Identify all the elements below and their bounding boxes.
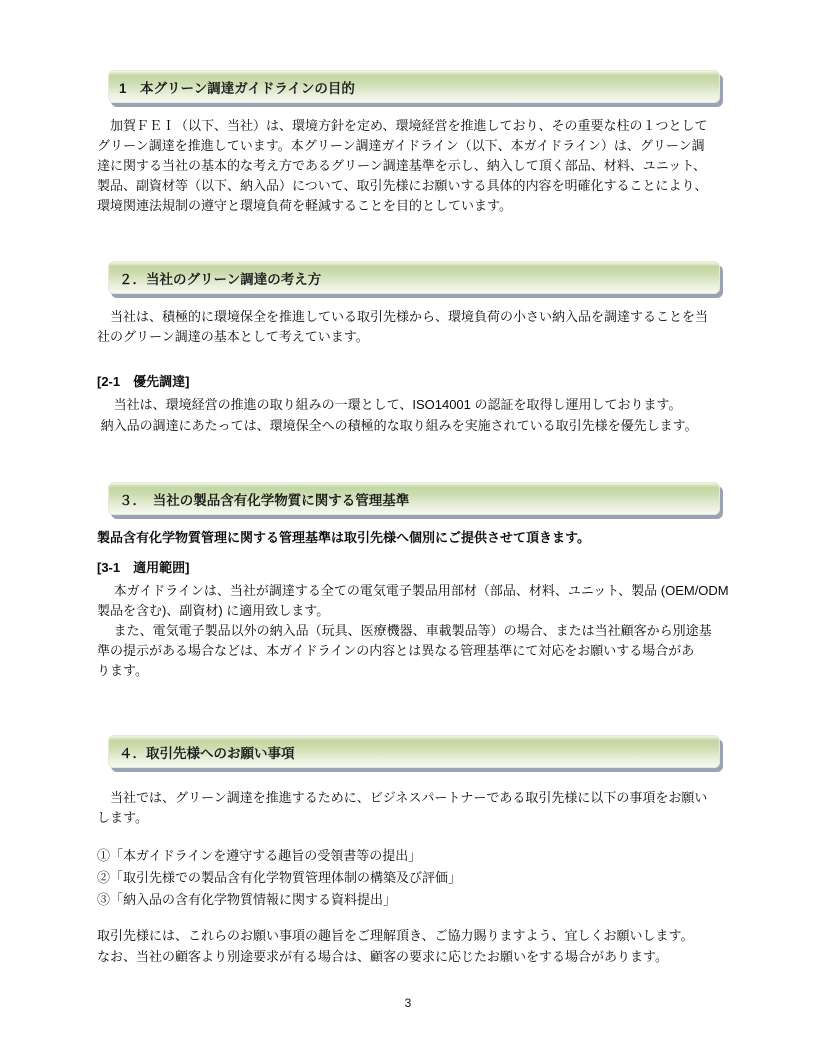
document-content: 1 本グリーン調達ガイドラインの目的 加賀ＦＥＩ（以下、当社）は、環境方針を定め… (97, 0, 733, 967)
section-4-request-list: ①「本ガイドラインを遵守する趣旨の受領書等の提出」 ②「取引先様での製品含有化学… (97, 845, 733, 911)
section-2-header: ２．当社のグリーン調達の考え方 (108, 261, 720, 294)
section-2-1-paragraph: 当社は、環境経営の推進の取り組みの一環として、ISO14001 の認証を取得し運… (97, 394, 733, 436)
section-4-closing-paragraph: 取引先様には、これらのお願い事項の趣旨をご理解頂き、ご協力賜りますよう、宜しくお… (97, 925, 733, 967)
section-3-1-paragraph: 本ガイドラインは、当社が調達する全ての電気電子製品用部材（部品、材料、ユニット、… (97, 581, 733, 681)
section-1-heading-text: 1 本グリーン調達ガイドラインの目的 (119, 77, 355, 97)
section-1-paragraph: 加賀ＦＥＩ（以下、当社）は、環境方針を定め、環境経営を推進しており、その重要な柱… (97, 116, 733, 216)
section-3-header: ３． 当社の製品含有化学物質に関する管理基準 (108, 482, 720, 515)
section-2-heading-text: ２．当社のグリーン調達の考え方 (119, 268, 321, 288)
section-4-header: ４．取引先様へのお願い事項 (108, 735, 720, 768)
section-3-lead-statement: 製品含有化学物質管理に関する管理基準は取引先様へ個別にご提供させて頂きます。 (97, 528, 733, 548)
section-4-heading-text: ４．取引先様へのお願い事項 (119, 742, 295, 762)
document-page: 1 本グリーン調達ガイドラインの目的 加賀ＦＥＩ（以下、当社）は、環境方針を定め… (0, 0, 816, 1056)
section-2-1-subheading: [2-1 優先調達] (97, 372, 733, 392)
section-3-1-subheading: [3-1 適用範囲] (97, 558, 733, 578)
section-2-paragraph: 当社は、積極的に環境保全を推進している取引先様から、環境負荷の小さい納入品を調達… (97, 307, 733, 347)
section-3-heading-text: ３． 当社の製品含有化学物質に関する管理基準 (119, 489, 409, 509)
section-1-header: 1 本グリーン調達ガイドラインの目的 (108, 70, 720, 103)
section-4-paragraph: 当社では、グリーン調達を推進するために、ビジネスパートナーである取引先様に以下の… (97, 788, 733, 828)
page-number: 3 (0, 996, 816, 1010)
